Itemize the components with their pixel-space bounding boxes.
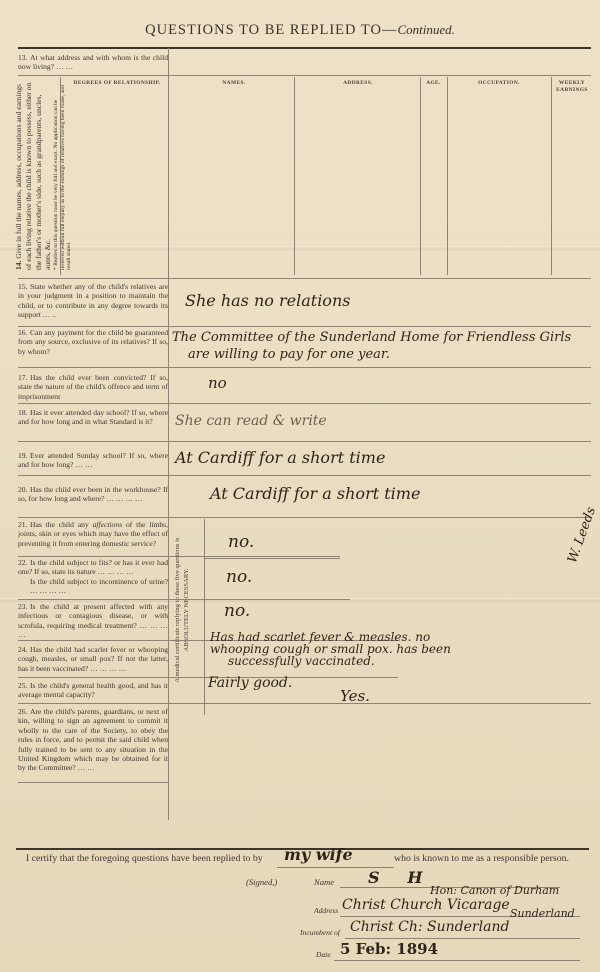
question-text: Has the child had scarlet fever or whoop… (18, 645, 168, 673)
answer-21: no. (228, 532, 254, 552)
question-17: 17.Has the child ever been convicted? If… (18, 373, 168, 401)
answer-17: no (208, 374, 227, 392)
column-rule (551, 77, 552, 275)
question-18: 18.Has it ever attended day school? If s… (18, 408, 168, 427)
date-value: 5 Feb: 1894 (340, 940, 438, 958)
row-rule (204, 558, 340, 559)
question-text: Has the child ever been in the workhouse… (18, 485, 168, 503)
column-header-occupation: OCCUPATION. (448, 80, 550, 86)
row-rule (18, 403, 591, 404)
question-text-b: Is the child subject to incontinence of … (18, 577, 168, 596)
row-rule (18, 556, 340, 557)
question-text: Ever attended Sunday school? If so, wher… (18, 451, 168, 469)
answer-19: At Cardiff for a short time (175, 448, 385, 467)
question-text: Has it ever attended day school? If so, … (18, 408, 168, 426)
medical-column-rule (204, 519, 205, 715)
question-text: Are the child's parents, guardians, or n… (18, 707, 168, 772)
paper-fold (0, 246, 600, 252)
row-rule (18, 782, 168, 783)
answer-24-line-3: successfully vaccinated. (228, 654, 375, 668)
question-22: 22.Is the child subject to fits? or has … (18, 558, 168, 596)
date-line (334, 960, 580, 961)
row-rule (18, 599, 350, 600)
question-footnote: * Replies to this question must be very … (53, 80, 73, 270)
question-number: 23. (18, 602, 30, 611)
column-header-names: NAMES. (172, 80, 296, 86)
incumbent-label: Incumbent of (300, 928, 340, 937)
address-value: Christ Church Vicarage (342, 897, 510, 913)
question-19: 19.Ever attended Sunday school? If so, w… (18, 451, 168, 470)
column-header-address: ADDRESS. (296, 80, 420, 86)
row-rule (18, 278, 591, 279)
question-number: 26. (18, 707, 30, 716)
question-text: State whether any of the child's relativ… (18, 282, 168, 319)
column-rule (447, 77, 448, 275)
row-rule (18, 326, 591, 327)
row-rule (18, 367, 591, 368)
margin-initials: W. Leeds (565, 505, 599, 565)
top-rule (18, 47, 591, 49)
question-number: 16. (18, 328, 30, 337)
signatory-name: S H (368, 868, 423, 887)
question-number: 18. (18, 408, 30, 417)
certification-line: I certify that the foregoing questions h… (26, 853, 263, 864)
address-label: Address (314, 906, 338, 915)
question-number: 25. (18, 681, 30, 690)
question-15: 15.State whether any of the child's rela… (18, 282, 168, 320)
question-16: 16.Can any payment for the child be guar… (18, 328, 168, 356)
question-25: 25.Is the child's general health good, a… (18, 681, 168, 700)
answer-16-line-2: are willing to pay for one year. (188, 347, 390, 362)
replied-by-value: my wife (284, 845, 353, 864)
question-text: At what address and with whom is the chi… (18, 53, 168, 71)
question-number: 22. (18, 558, 30, 567)
column-rule (420, 77, 421, 275)
signed-label: (Signed,) (246, 877, 277, 887)
incumbent-value: Christ Ch: Sunderland (350, 919, 509, 935)
page-title-text: QUESTIONS TO BE REPLIED TO— (145, 22, 397, 38)
question-20: 20.Has the child ever been in the workho… (18, 485, 168, 504)
incumbent-line (345, 938, 580, 939)
question-text: Is the child's general health good, and … (18, 681, 168, 699)
row-rule (18, 475, 591, 476)
question-24: 24.Has the child had scarlet fever or wh… (18, 645, 168, 673)
answer-20: At Cardiff for a short time (210, 484, 420, 503)
question-text: Has the child ever been convicted? If so… (18, 373, 168, 401)
question-21: 21.Has the child any affections of the l… (18, 520, 168, 548)
answer-15: She has no relations (185, 291, 350, 310)
question-text: Is the child at present affected with an… (18, 602, 168, 639)
question-number: 20. (18, 485, 30, 494)
answer-18: She can read & write (175, 413, 327, 429)
medical-certificate-note: A medical certificate replying to these … (173, 520, 201, 700)
question-23: 23.Is the child at present affected with… (18, 602, 168, 640)
column-header-relationship: DEGREES OF RELATIONSHIP. (72, 80, 162, 86)
row-rule (18, 703, 591, 704)
page-title: QUESTIONS TO BE REPLIED TO—Continued. (0, 22, 600, 39)
certification-text: I certify that the foregoing questions h… (26, 853, 263, 864)
question-number: 17. (18, 373, 30, 382)
question-number: 21. (18, 520, 30, 529)
question-14-side-note: 14. Give in full the names, address, occ… (14, 80, 74, 270)
question-text: Can any payment for the child be guarant… (18, 328, 168, 356)
question-number: 15. (18, 282, 30, 291)
name-label: Name (314, 877, 334, 887)
column-header-age: AGE. (420, 80, 447, 86)
question-text: Is the child subject to fits? or has it … (18, 558, 168, 576)
question-13: 13.At what address and with whom is the … (18, 53, 168, 72)
signatory-title: Hon: Canon of Durham (430, 884, 559, 897)
question-number: 13. (18, 53, 30, 62)
column-header-weekly-earnings: WEEKLY EARNINGS (552, 80, 592, 94)
column-rule (294, 77, 295, 275)
answer-22: no. (226, 567, 252, 587)
certification-text-after: who is known to me as a responsible pers… (394, 853, 569, 864)
row-rule (18, 441, 591, 442)
page-title-suffix: Continued. (397, 22, 454, 37)
question-number: 24. (18, 645, 30, 654)
date-label: Date (316, 950, 331, 959)
answer-16: The Committee of the Sunderland Home for… (172, 330, 571, 345)
row-rule (18, 75, 591, 76)
answer-23: no. (224, 601, 250, 621)
question-number: 14. (14, 261, 23, 271)
question-text: Has the child any (30, 520, 93, 529)
question-26: 26.Are the child's parents, guardians, o… (18, 707, 168, 773)
answer-25: Fairly good. (208, 675, 292, 691)
question-number: 19. (18, 451, 30, 460)
row-rule (18, 517, 591, 518)
column-divider (168, 48, 169, 820)
question-text: Give in full the names, address, occupat… (14, 83, 52, 270)
address-value-2: Sunderland (510, 907, 575, 920)
document-page: QUESTIONS TO BE REPLIED TO—Continued. 13… (0, 0, 600, 972)
question-text-emphasis: affections (93, 520, 123, 529)
